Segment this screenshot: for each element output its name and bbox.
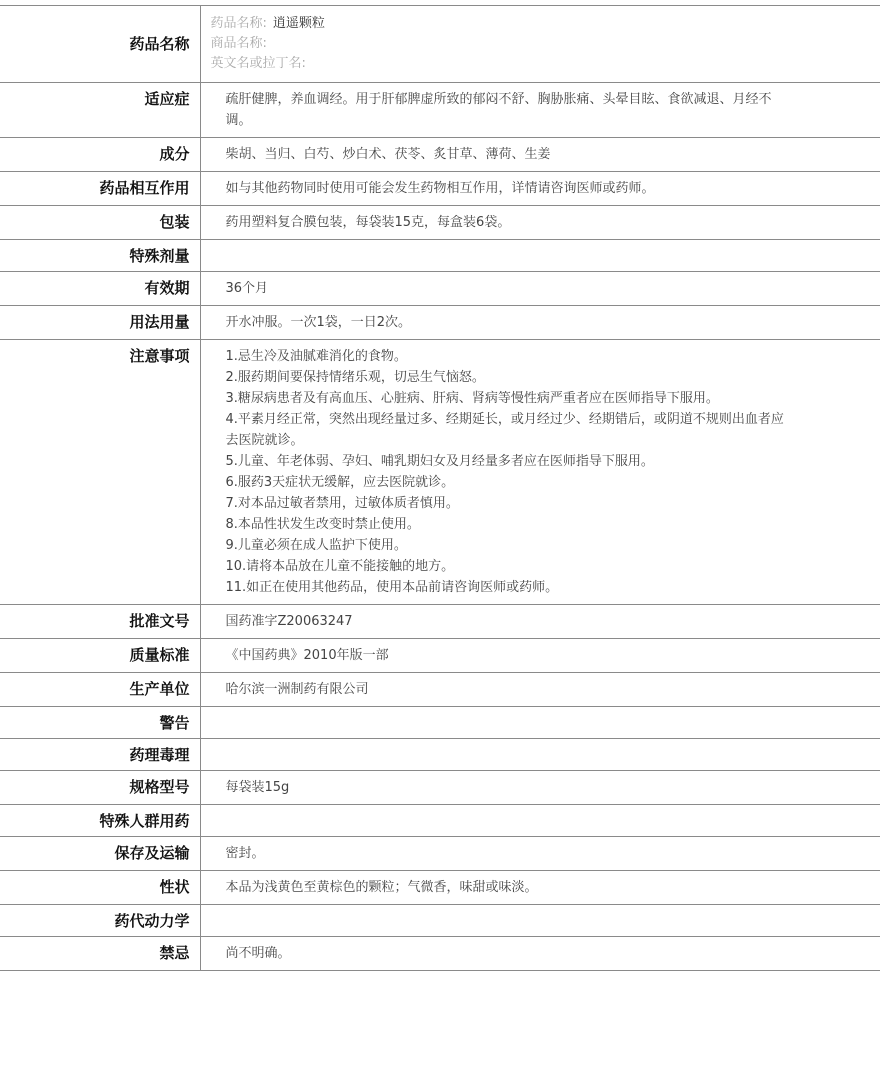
label-description: 性状 [0,871,200,905]
label-usage-dosage: 用法用量 [0,306,200,340]
label-shelf-life: 有效期 [0,272,200,306]
row-drug-name: 药品名称 药品名称:逍遥颗粒 商品名称: 英文名或拉丁名: [0,6,880,83]
value-approval-number: 国药准字Z20063247 [200,605,880,639]
generic-name-value: 逍遥颗粒 [273,16,325,31]
value-contraindications: 尚不明确。 [200,937,880,971]
label-precautions: 注意事项 [0,340,200,605]
label-ingredients: 成分 [0,138,200,172]
precaution-item: 5.儿童、年老体弱、孕妇、哺乳期妇女及月经量多者应在医师指导下服用。 [226,451,791,472]
row-storage: 保存及运输 密封。 [0,837,880,871]
label-approval-number: 批准文号 [0,605,200,639]
generic-name-key: 药品名称: [211,16,267,31]
value-packaging: 药用塑料复合膜包装，每袋装15克，每盒装6袋。 [200,206,880,240]
value-description: 本品为浅黄色至黄棕色的颗粒；气微香，味甜或味淡。 [200,871,880,905]
precaution-item: 10.请将本品放在儿童不能接触的地方。 [226,556,791,577]
label-manufacturer: 生产单位 [0,673,200,707]
precaution-item: 8.本品性状发生改变时禁止使用。 [226,514,791,535]
row-pharmacokinetics: 药代动力学 [0,905,880,937]
row-shelf-life: 有效期 36个月 [0,272,880,306]
value-warning [200,707,880,739]
value-drug-name: 药品名称:逍遥颗粒 商品名称: 英文名或拉丁名: [200,6,880,83]
row-ingredients: 成分 柴胡、当归、白芍、炒白术、茯苓、炙甘草、薄荷、生姜 [0,138,880,172]
trade-name-key: 商品名称: [211,36,267,51]
label-special-dosage: 特殊剂量 [0,240,200,272]
label-specification: 规格型号 [0,771,200,805]
row-description: 性状 本品为浅黄色至黄棕色的颗粒；气微香，味甜或味淡。 [0,871,880,905]
value-usage-dosage: 开水冲服。一次1袋，一日2次。 [200,306,880,340]
label-contraindications: 禁忌 [0,937,200,971]
latin-name-line: 英文名或拉丁名: [211,54,871,74]
value-quality-standard: 《中国药典》2010年版一部 [200,639,880,673]
label-quality-standard: 质量标准 [0,639,200,673]
value-pharmacology [200,739,880,771]
value-special-dosage [200,240,880,272]
row-indications: 适应症 疏肝健脾，养血调经。用于肝郁脾虚所致的郁闷不舒、胸胁胀痛、头晕目眩、食欲… [0,83,880,138]
label-drug-name: 药品名称 [0,6,200,83]
latin-name-key: 英文名或拉丁名: [211,56,306,71]
label-special-populations: 特殊人群用药 [0,805,200,837]
generic-name-line: 药品名称:逍遥颗粒 [211,14,871,34]
label-interactions: 药品相互作用 [0,172,200,206]
precaution-item: 11.如正在使用其他药品，使用本品前请咨询医师或药师。 [226,577,791,598]
precaution-item: 7.对本品过敏者禁用，过敏体质者慎用。 [226,493,791,514]
drug-spec-table: 药品名称 药品名称:逍遥颗粒 商品名称: 英文名或拉丁名: 适应症 疏肝健脾，养… [0,5,880,971]
label-pharmacokinetics: 药代动力学 [0,905,200,937]
row-approval-number: 批准文号 国药准字Z20063247 [0,605,880,639]
label-storage: 保存及运输 [0,837,200,871]
precaution-item: 6.服药3天症状无缓解，应去医院就诊。 [226,472,791,493]
value-pharmacokinetics [200,905,880,937]
value-manufacturer: 哈尔滨一洲制药有限公司 [200,673,880,707]
row-usage-dosage: 用法用量 开水冲服。一次1袋，一日2次。 [0,306,880,340]
row-special-populations: 特殊人群用药 [0,805,880,837]
value-interactions: 如与其他药物同时使用可能会发生药物相互作用，详情请咨询医师或药师。 [200,172,880,206]
row-packaging: 包装 药用塑料复合膜包装，每袋装15克，每盒装6袋。 [0,206,880,240]
value-shelf-life: 36个月 [200,272,880,306]
row-special-dosage: 特殊剂量 [0,240,880,272]
value-ingredients: 柴胡、当归、白芍、炒白术、茯苓、炙甘草、薄荷、生姜 [200,138,880,172]
label-indications: 适应症 [0,83,200,138]
trade-name-line: 商品名称: [211,34,871,54]
row-warning: 警告 [0,707,880,739]
row-interactions: 药品相互作用 如与其他药物同时使用可能会发生药物相互作用，详情请咨询医师或药师。 [0,172,880,206]
precaution-item: 2.服药期间要保持情绪乐观，切忌生气恼怒。 [226,367,791,388]
value-indications: 疏肝健脾，养血调经。用于肝郁脾虚所致的郁闷不舒、胸胁胀痛、头晕目眩、食欲减退、月… [200,83,880,138]
label-pharmacology: 药理毒理 [0,739,200,771]
label-warning: 警告 [0,707,200,739]
precaution-item: 1.忌生冷及油腻难消化的食物。 [226,346,791,367]
value-precautions: 1.忌生冷及油腻难消化的食物。 2.服药期间要保持情绪乐观，切忌生气恼怒。 3.… [200,340,880,605]
row-specification: 规格型号 每袋装15g [0,771,880,805]
value-storage: 密封。 [200,837,880,871]
value-specification: 每袋装15g [200,771,880,805]
row-manufacturer: 生产单位 哈尔滨一洲制药有限公司 [0,673,880,707]
precaution-item: 4.平素月经正常，突然出现经量过多、经期延长，或月经过少、经期错后，或阴道不规则… [226,409,791,451]
row-precautions: 注意事项 1.忌生冷及油腻难消化的食物。 2.服药期间要保持情绪乐观，切忌生气恼… [0,340,880,605]
row-contraindications: 禁忌 尚不明确。 [0,937,880,971]
row-quality-standard: 质量标准 《中国药典》2010年版一部 [0,639,880,673]
value-special-populations [200,805,880,837]
row-pharmacology: 药理毒理 [0,739,880,771]
precaution-item: 9.儿童必须在成人监护下使用。 [226,535,791,556]
label-packaging: 包装 [0,206,200,240]
precaution-item: 3.糖尿病患者及有高血压、心脏病、肝病、肾病等慢性病严重者应在医师指导下服用。 [226,388,791,409]
